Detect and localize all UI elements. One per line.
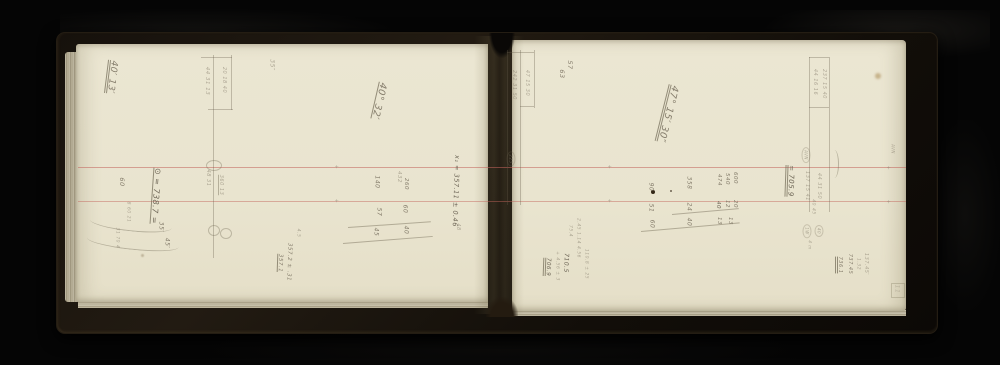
foxing-stain — [141, 254, 144, 257]
handwritten-note: 110.8 ± 25 — [584, 249, 589, 279]
handwritten-note: 20 — [732, 200, 738, 208]
handwritten-note: 20 18 40 — [221, 67, 227, 93]
pencil-cross-mark: + — [333, 199, 339, 204]
handwritten-note: 432 — [396, 171, 402, 183]
handwritten-note: 137 15 41 — [804, 171, 810, 201]
handwritten-note: 63 — [558, 69, 566, 78]
handwritten-note: 13 — [727, 217, 733, 225]
handwritten-note: 260 — [403, 178, 409, 190]
pencil-ruling-cap — [809, 107, 829, 108]
handwritten-note: 40 — [815, 225, 824, 237]
handwritten-note: 237 15 40 — [821, 69, 827, 99]
background-texture — [200, 330, 800, 365]
handwritten-note: 57 — [376, 208, 383, 217]
background-texture — [930, 120, 1000, 310]
handwritten-note: 140 — [374, 176, 381, 189]
pencil-cross-mark: + — [333, 165, 339, 170]
handwritten-note: 600 — [732, 172, 738, 184]
handwritten-note: 44 31 13 — [204, 67, 210, 96]
handwritten-note: 60 — [649, 220, 656, 229]
pencil-column-line — [507, 50, 508, 205]
handwritten-note: 706.9 — [545, 258, 552, 276]
handwritten-note: 40 — [715, 201, 721, 209]
page-stack-edge-bottom-left — [78, 301, 488, 308]
handwritten-note: 137.45′ — [863, 253, 869, 275]
handwritten-note: 8 60 21 — [126, 202, 131, 223]
handwritten-note: 75.4 — [568, 225, 573, 237]
pencil-column-line — [231, 55, 232, 110]
handwritten-note: 474 — [716, 174, 722, 186]
handwritten-note: 24 — [686, 203, 693, 212]
handwritten-note: 540 — [724, 173, 730, 185]
foxing-stain — [875, 73, 881, 79]
handwritten-note: 737.45 — [847, 254, 853, 275]
handwritten-note: 13 — [716, 217, 722, 225]
pencil-bracket — [830, 150, 839, 178]
handwritten-note: 40 — [403, 226, 410, 235]
pencil-circle-mark — [208, 225, 220, 236]
handwritten-note: 4.5 — [296, 229, 301, 238]
handwritten-note: 35″ — [269, 59, 276, 70]
handwritten-note: 35′ — [158, 222, 165, 233]
handwritten-note: 90 — [648, 183, 655, 192]
handwritten-note: 1W — [803, 224, 812, 238]
handwritten-note: 358 — [686, 177, 693, 190]
handwritten-note: 242 31 50 — [511, 70, 517, 100]
handwritten-note: 48 31 — [205, 170, 211, 187]
handwritten-note: 1.32 — [856, 258, 861, 270]
pencil-cross-mark: + — [885, 166, 891, 171]
pencil-ruling-cap — [208, 109, 233, 110]
handwritten-note: 31 70 4 — [115, 228, 120, 249]
handwritten-note: 12 — [724, 200, 730, 208]
handwritten-note: 60 — [402, 205, 409, 214]
pencil-ruling-cap — [507, 52, 534, 53]
red-rule-line — [78, 201, 906, 202]
handwritten-note: 710.5 — [562, 253, 570, 273]
pencil-ruling-cap — [520, 106, 534, 107]
handwritten-note: 357.1 — [277, 254, 284, 272]
handwritten-note: 40 — [686, 218, 693, 227]
handwritten-note: 48 — [455, 223, 461, 230]
handwritten-note: AVN — [891, 144, 896, 154]
pencil-circle-mark — [220, 228, 232, 239]
handwritten-note: 44 31 50 — [816, 173, 822, 199]
handwritten-note: 223 — [507, 151, 516, 166]
page-corner-mark: 11 — [894, 285, 901, 294]
handwritten-note: = 705.9 — [786, 165, 795, 197]
pencil-column-line — [829, 57, 830, 212]
pencil-ruling-cap — [201, 57, 232, 58]
handwritten-note: 51 — [648, 204, 655, 213]
red-rule-line — [78, 167, 906, 168]
pencil-ruling-cap — [809, 57, 829, 58]
handwritten-note: 44 16 16 — [812, 69, 818, 95]
handwritten-note: 47 15 30 — [524, 70, 530, 96]
handwritten-note: 2.45 1.14 4.56 — [576, 218, 581, 258]
ink-dot — [670, 190, 672, 192]
handwritten-note: 360 13 — [218, 175, 224, 196]
handwritten-note: 57 — [566, 60, 574, 69]
handwritten-note: 60 — [118, 177, 126, 186]
handwritten-note: 45′ — [164, 238, 171, 249]
handwritten-note: 45 — [373, 228, 380, 237]
handwritten-note: 736.1 — [837, 257, 843, 274]
gutter-binding-bottom — [486, 297, 518, 317]
handwritten-note: 40 45 — [811, 199, 816, 214]
pencil-cross-mark: + — [606, 165, 612, 170]
handwritten-note: 4 m — [808, 240, 813, 249]
handwritten-note: AVN — [802, 147, 811, 163]
pencil-cross-mark: + — [606, 199, 612, 204]
pencil-column-line — [520, 50, 521, 205]
handwritten-note: + 4.56 ± 3 — [555, 251, 560, 281]
pencil-cross-mark: + — [885, 200, 891, 205]
pencil-column-line — [534, 50, 535, 108]
gutter-notch — [489, 33, 515, 58]
